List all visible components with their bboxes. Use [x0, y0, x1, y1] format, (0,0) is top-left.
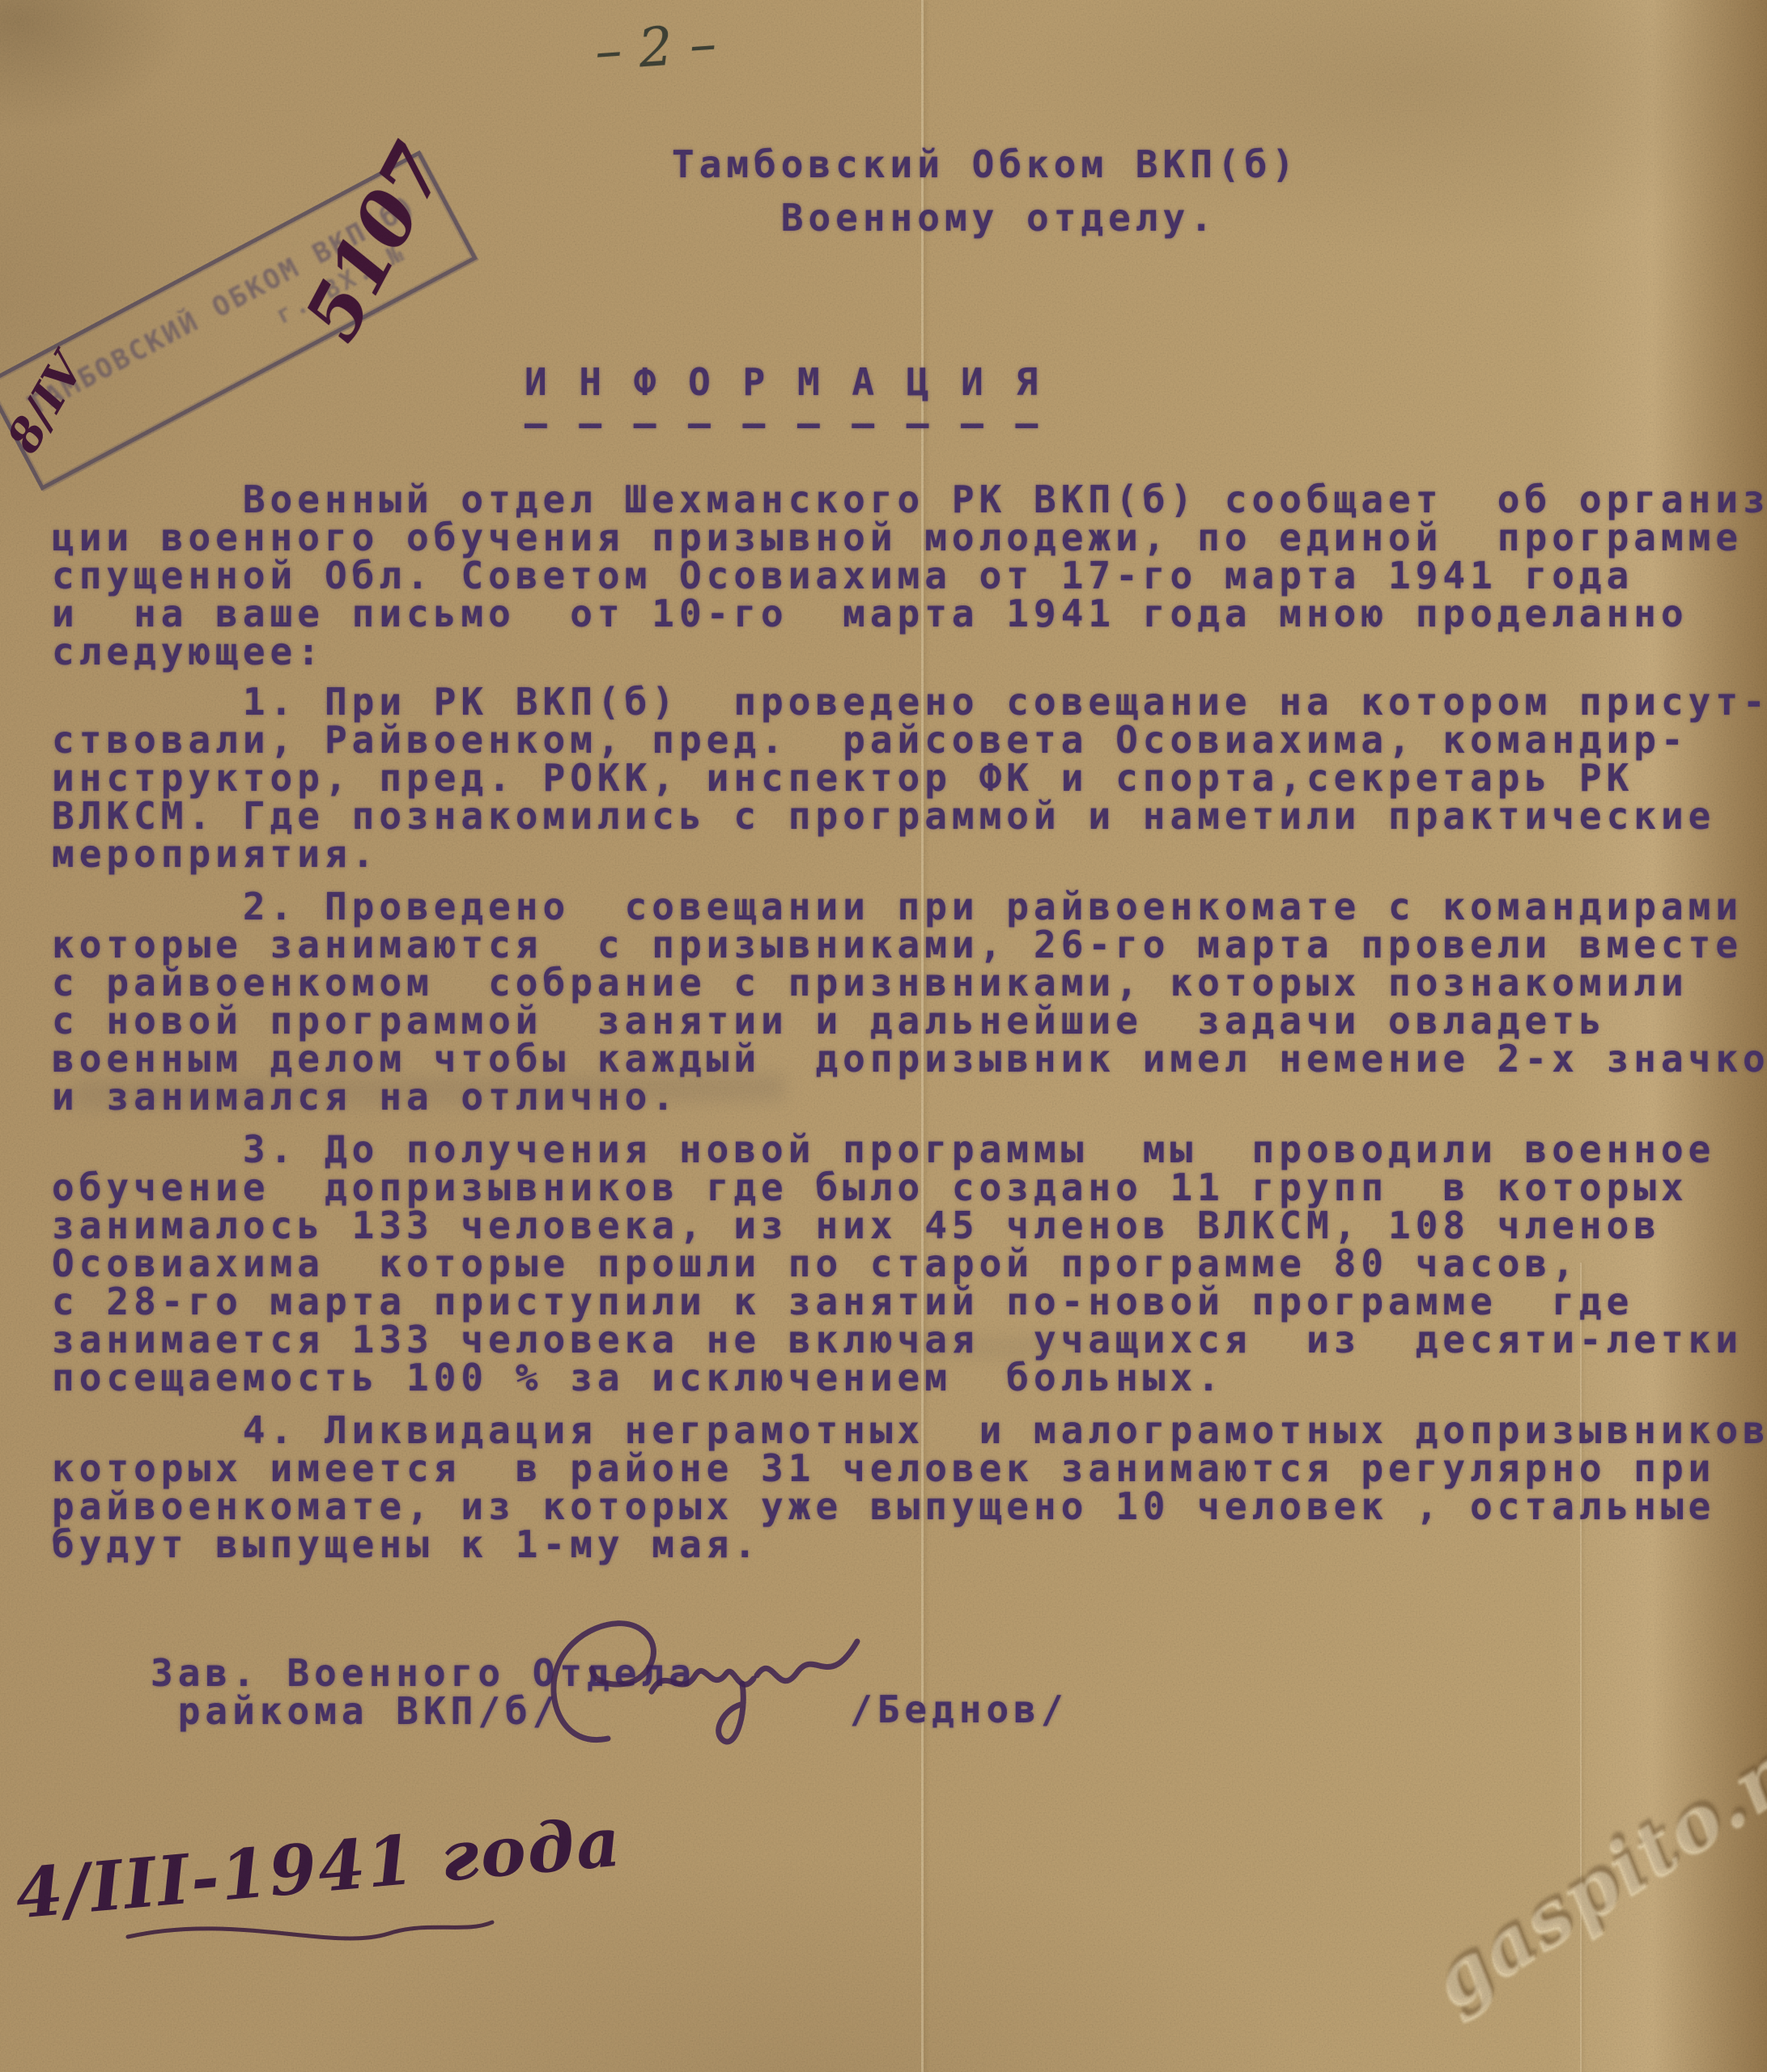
paragraph-item-4: 4. Ликвидация неграмотных и малограмотны…	[52, 1412, 1767, 1564]
title-underline: – – – – – – – – – –	[525, 405, 1043, 443]
date-underline-flourish	[121, 1906, 502, 1955]
handwritten-signature	[530, 1594, 878, 1785]
document-title: И Н Ф О Р М А Ц И Я	[525, 363, 1043, 401]
paragraph-item-1: 1. При РК ВКП(б) проведено совещание на …	[52, 683, 1767, 873]
paragraph-intro: Военный отдел Шехманского РК ВКП(б) сооб…	[52, 481, 1767, 671]
scanned-document-page: – 2 – ТАМБОВСКИЙ ОБКОМ ВКП(б) г. ВХ. № 5…	[0, 0, 1767, 2072]
paragraph-item-2: 2. Проведено совещании при райвоенкомате…	[52, 888, 1767, 1116]
signature-name-typed: /Беднов/	[850, 1691, 1068, 1729]
page-number: – 2 –	[593, 12, 718, 83]
recipient-address: Тамбовский Обком ВКП(б) Военному отделу.	[672, 138, 1299, 244]
watermark: gaspito.ru	[1417, 1700, 1767, 2025]
paragraph-item-3: 3. До получения новой программы мы прово…	[52, 1131, 1743, 1397]
